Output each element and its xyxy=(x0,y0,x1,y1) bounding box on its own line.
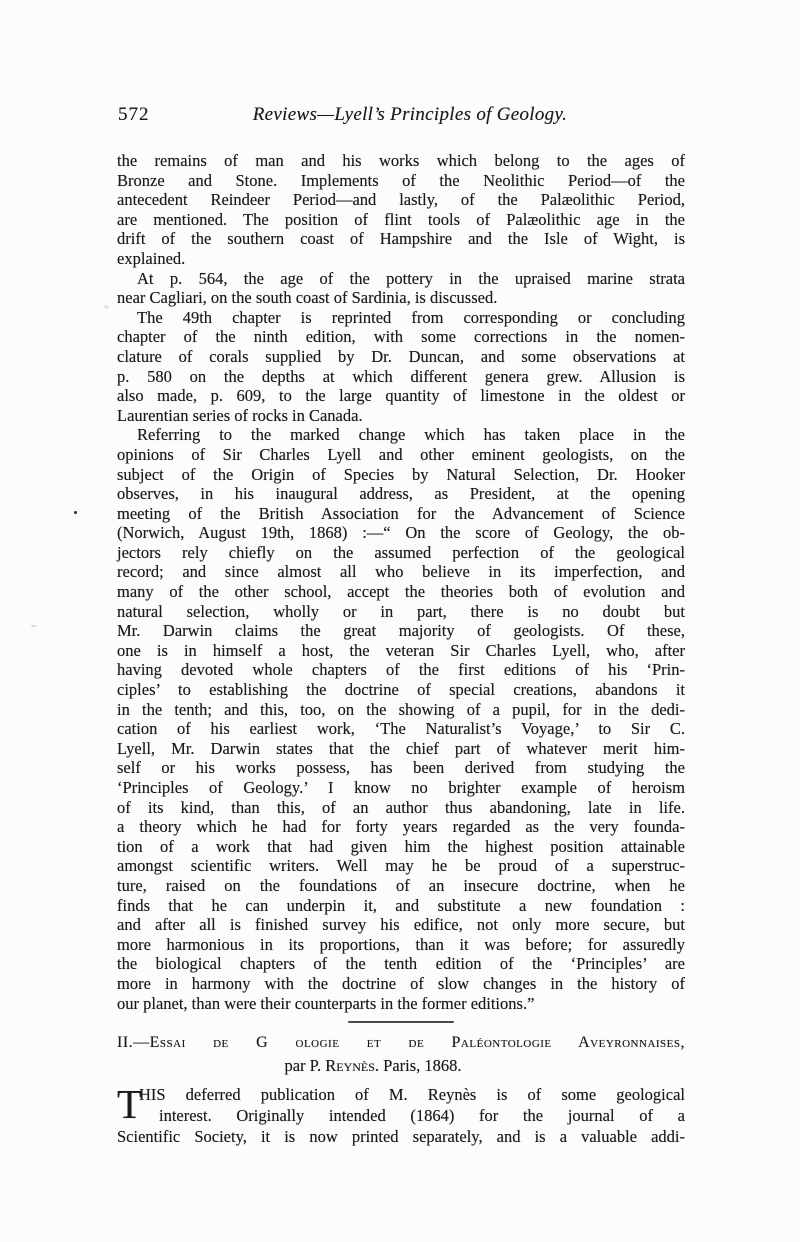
text-line: of its kind, than this, of an author thu… xyxy=(117,798,685,818)
drop-cap-letter: T xyxy=(117,1085,142,1123)
text-line: in the tenth; and this, too, on the show… xyxy=(117,700,685,720)
text-line: At p. 564, the age of the pottery in the… xyxy=(117,269,685,289)
text-line: ‘Principles of Geology.’ I know no brigh… xyxy=(117,778,685,798)
text-line: and after all is finished survey his edi… xyxy=(117,915,685,935)
article-opening-lines: HIS deferred publication of M. Reynès is… xyxy=(117,1084,685,1147)
text-column: 572 Reviews—Lyell’s Principles of Geolog… xyxy=(117,0,685,1147)
text-line: clature of corals supplied by Dr. Duncan… xyxy=(117,347,685,367)
text-line: more in harmony with the doctrine of slo… xyxy=(117,974,685,994)
text-line: many of the other school, accept the the… xyxy=(117,582,685,602)
text-line: finds that he can underpin it, and subst… xyxy=(117,896,685,916)
text-line: chapter of the ninth edition, with some … xyxy=(117,327,685,347)
text-line: amongst scientific writers. Well may he … xyxy=(117,856,685,876)
scan-speck xyxy=(74,511,77,514)
text-line: p. 580 on the depths at which different … xyxy=(117,367,685,387)
text-line: near Cagliari, on the south coast of Sar… xyxy=(117,288,685,308)
text-line: meeting of the British Association for t… xyxy=(117,504,685,524)
article-opening-paragraph: T HIS deferred publication of M. Reynès … xyxy=(117,1084,685,1147)
text-line: ciples’ to establishing the doctrine of … xyxy=(117,680,685,700)
text-line: drift of the southern coast of Hampshire… xyxy=(117,229,685,249)
text-line: The 49th chapter is reprinted from corre… xyxy=(117,308,685,328)
text-line: observes, in his inaugural address, as P… xyxy=(117,484,685,504)
text-line: antecedent Reindeer Period—and lastly, o… xyxy=(117,190,685,210)
text-line: (Norwich, August 19th, 1868) :—“ On the … xyxy=(117,523,685,543)
text-line: record; and since almost all who believe… xyxy=(117,562,685,582)
page-number: 572 xyxy=(118,104,150,126)
text-line: Laurentian series of rocks in Canada. xyxy=(117,406,685,426)
text-line: opinions of Sir Charles Lyell and other … xyxy=(117,445,685,465)
article-title-line: II.—Essai de G ologie et de Paléontologi… xyxy=(117,1032,685,1054)
text-line: HIS deferred publication of M. Reynès is… xyxy=(117,1084,685,1105)
article-heading: II.—Essai de G ologie et de Paléontologi… xyxy=(117,1032,685,1077)
text-line: are mentioned. The position of flint too… xyxy=(117,210,685,230)
text-line: Scientific Society, it is now printed se… xyxy=(117,1126,685,1147)
text-line: Mr. Darwin claims the great majority of … xyxy=(117,621,685,641)
running-title: Reviews—Lyell’s Principles of Geology. xyxy=(117,104,685,126)
byline-author-name: Reynès. xyxy=(325,1056,379,1075)
text-line: self or his works possess, has been deri… xyxy=(117,758,685,778)
text-line: interest. Originally intended (1864) for… xyxy=(117,1105,685,1126)
book-page-scan: 572 Reviews—Lyell’s Principles of Geolog… xyxy=(0,0,800,1242)
section-divider-rule xyxy=(348,1021,454,1023)
text-line: one is in himself a host, the veteran Si… xyxy=(117,641,685,661)
text-line: subject of the Origin of Species by Natu… xyxy=(117,465,685,485)
article-byline: par P. Reynès. Paris, 1868. xyxy=(117,1055,629,1077)
text-line: having devoted whole chapters of the fir… xyxy=(117,660,685,680)
byline-prefix: par P. xyxy=(284,1056,325,1075)
byline-imprint: Paris, 1868. xyxy=(379,1056,462,1075)
text-line: the remains of man and his works which b… xyxy=(117,151,685,171)
text-line: Lyell, Mr. Darwin states that the chief … xyxy=(117,739,685,759)
text-line: our planet, than were their counterparts… xyxy=(117,994,685,1014)
text-line: the biological chapters of the tenth edi… xyxy=(117,954,685,974)
article-title-text: Essai de G ologie et de Paléontologie Av… xyxy=(150,1034,685,1051)
text-line: Bronze and Stone. Implements of the Neol… xyxy=(117,171,685,191)
text-line: jectors rely chiefly on the assumed perf… xyxy=(117,543,685,563)
text-line: explained. xyxy=(117,249,685,269)
text-line: Referring to the marked change which has… xyxy=(117,425,685,445)
text-line: cation of his earliest work, ‘The Natura… xyxy=(117,719,685,739)
page-header: 572 Reviews—Lyell’s Principles of Geolog… xyxy=(117,104,685,128)
text-line: ture, raised on the foundations of an in… xyxy=(117,876,685,896)
scan-speck xyxy=(31,625,36,627)
text-line: a theory which he had for forty years re… xyxy=(117,817,685,837)
text-line: more harmonious in its proportions, than… xyxy=(117,935,685,955)
scan-speck xyxy=(104,305,109,309)
review-body-text: the remains of man and his works which b… xyxy=(117,151,685,1013)
article-number: II.— xyxy=(117,1034,150,1051)
text-line: tion of a work that had given him the hi… xyxy=(117,837,685,857)
text-line: also made, p. 609, to the large quantity… xyxy=(117,386,685,406)
text-line: natural selection, wholly or in part, th… xyxy=(117,602,685,622)
